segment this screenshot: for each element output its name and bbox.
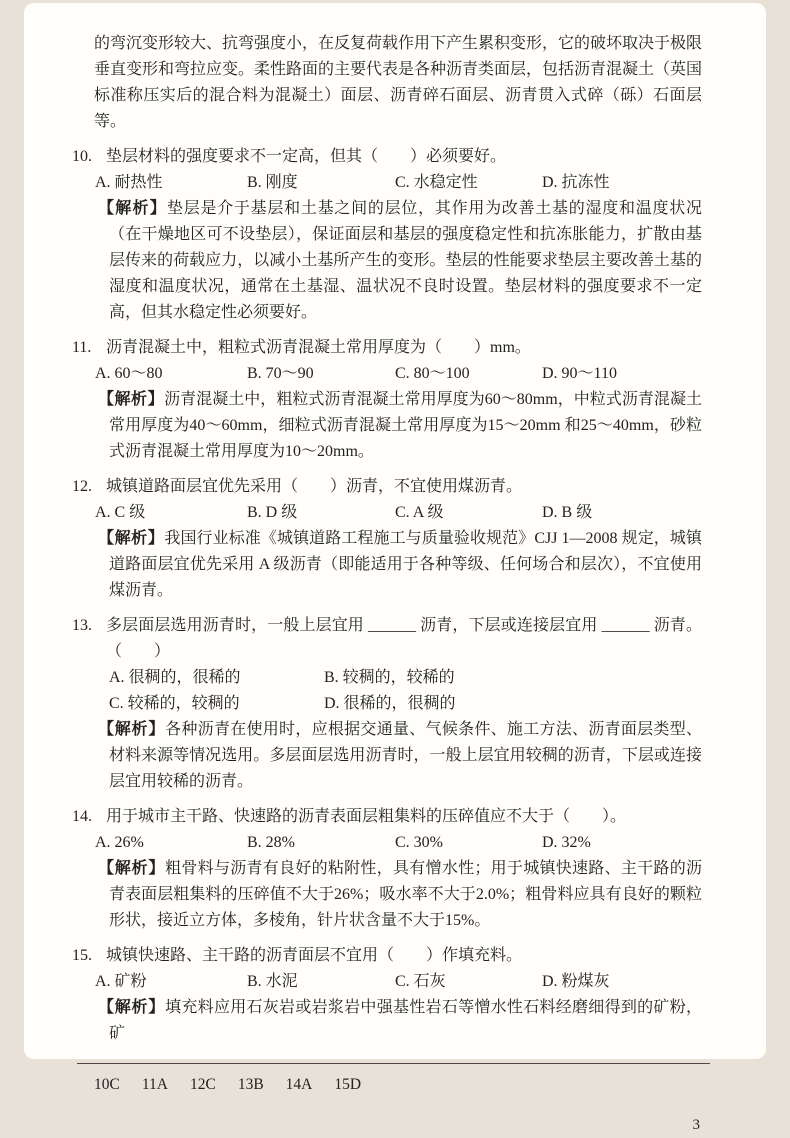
option-a: A. 耐热性	[95, 170, 247, 196]
analysis-text: 粗骨料与沥青有良好的粘附性，具有憎水性；用于城镇快速路、主干路的沥青表面层粗集料…	[109, 860, 702, 929]
analysis-paragraph: 【解析】垫层是介于基层和土基之间的层位，其作用为改善土基的湿度和温度状况（在干燥…	[109, 196, 702, 326]
page-content: 的弯沉变形较大、抗弯强度小，在反复荷载作用下产生累积变形，它的破坏取决于极限垂直…	[94, 31, 702, 1083]
option-b: B. 28%	[247, 830, 395, 856]
analysis-paragraph: 【解析】粗骨料与沥青有良好的粘附性，具有憎水性；用于城镇快速路、主干路的沥青表面…	[109, 856, 702, 934]
answer-item: 13B	[238, 1072, 264, 1083]
footer-divider	[77, 1063, 710, 1064]
answer-item: 10C	[94, 1072, 120, 1083]
options-row: A. 耐热性 B. 刚度 C. 水稳定性 D. 抗冻性	[95, 170, 702, 196]
question-15: 15. 城镇快速路、主干路的沥青面层不宜用（ ）作填充料。 A. 矿粉 B. 水…	[94, 943, 702, 1047]
analysis-label: 【解析】	[98, 721, 165, 738]
analysis-text: 我国行业标准《城镇道路工程施工与质量验收规范》CJJ 1—2008 规定，城镇道…	[109, 530, 702, 599]
option-c: C. 水稳定性	[395, 170, 542, 196]
options-grid: A. 很稠的，很稀的 B. 较稠的，较稀的 C. 较稀的，较稠的 D. 很稀的，…	[109, 665, 702, 717]
intro-paragraph: 的弯沉变形较大、抗弯强度小，在反复荷载作用下产生累积变形，它的破坏取决于极限垂直…	[94, 31, 702, 135]
analysis-paragraph: 【解析】填充料应用石灰岩或岩浆岩中强基性岩石等憎水性石料经磨细得到的矿粉，矿	[109, 995, 702, 1047]
option-b: B. 较稠的，较稀的	[324, 665, 702, 691]
question-text: 城镇道路面层宜优先采用（ ）沥青，不宜使用煤沥青。	[106, 474, 702, 500]
option-c: C. 石灰	[395, 969, 542, 995]
book-page: 的弯沉变形较大、抗弯强度小，在反复荷载作用下产生累积变形，它的破坏取决于极限垂直…	[24, 3, 766, 1059]
options-row: A. 矿粉 B. 水泥 C. 石灰 D. 粉煤灰	[95, 969, 702, 995]
option-c: C. 80～100	[395, 361, 542, 387]
options-row: A. C 级 B. D 级 C. A 级 D. B 级	[95, 500, 702, 526]
option-d: D. 粉煤灰	[542, 969, 702, 995]
option-b: B. 70～90	[247, 361, 395, 387]
option-c: C. 较稀的，较稠的	[109, 691, 324, 717]
question-number: 10.	[72, 144, 106, 170]
question-text: 多层面层选用沥青时，一般上层宜用 ______ 沥青，下层或连接层宜用 ____…	[106, 613, 702, 665]
option-c: C. 30%	[395, 830, 542, 856]
question-number: 13.	[72, 613, 106, 665]
question-number: 14.	[72, 804, 106, 830]
analysis-paragraph: 【解析】沥青混凝土中，粗粒式沥青混凝土常用厚度为60～80mm，中粒式沥青混凝土…	[109, 387, 702, 465]
question-text: 垫层材料的强度要求不一定高，但其（ ）必须要好。	[106, 144, 702, 170]
analysis-paragraph: 【解析】各种沥青在使用时，应根据交通量、气候条件、施工方法、沥青面层类型、材料来…	[109, 717, 702, 795]
question-10: 10. 垫层材料的强度要求不一定高，但其（ ）必须要好。 A. 耐热性 B. 刚…	[94, 144, 702, 326]
answer-item: 11A	[142, 1072, 168, 1083]
options-row: A. 26% B. 28% C. 30% D. 32%	[95, 830, 702, 856]
question-number: 15.	[72, 943, 106, 969]
question-text: 沥青混凝土中，粗粒式沥青混凝土常用厚度为（ ）mm。	[106, 335, 702, 361]
analysis-label: 【解析】	[98, 530, 164, 547]
question-14: 14. 用于城市主干路、快速路的沥青表面层粗集料的压碎值应不大于（ ）。 A. …	[94, 804, 702, 934]
question-text: 城镇快速路、主干路的沥青面层不宜用（ ）作填充料。	[106, 943, 702, 969]
option-d: D. 90～110	[542, 361, 702, 387]
option-a: A. 很稠的，很稀的	[109, 665, 324, 691]
analysis-paragraph: 【解析】我国行业标准《城镇道路工程施工与质量验收规范》CJJ 1—2008 规定…	[109, 526, 702, 604]
analysis-text: 各种沥青在使用时，应根据交通量、气候条件、施工方法、沥青面层类型、材料来源等情况…	[109, 721, 702, 790]
analysis-label: 【解析】	[98, 999, 165, 1016]
analysis-label: 【解析】	[98, 391, 164, 408]
answer-item: 15D	[334, 1072, 361, 1083]
question-13: 13. 多层面层选用沥青时，一般上层宜用 ______ 沥青，下层或连接层宜用 …	[94, 613, 702, 795]
analysis-label: 【解析】	[98, 860, 165, 877]
option-a: A. 矿粉	[95, 969, 247, 995]
option-c: C. A 级	[395, 500, 542, 526]
analysis-text: 垫层是介于基层和土基之间的层位，其作用为改善土基的湿度和温度状况（在干燥地区可不…	[109, 200, 702, 321]
options-row: A. 60～80 B. 70～90 C. 80～100 D. 90～110	[95, 361, 702, 387]
question-text: 用于城市主干路、快速路的沥青表面层粗集料的压碎值应不大于（ ）。	[106, 804, 702, 830]
option-d: D. 抗冻性	[542, 170, 702, 196]
question-12: 12. 城镇道路面层宜优先采用（ ）沥青，不宜使用煤沥青。 A. C 级 B. …	[94, 474, 702, 604]
question-number: 11.	[72, 335, 106, 361]
question-number: 12.	[72, 474, 106, 500]
answer-item: 14A	[286, 1072, 313, 1083]
analysis-label: 【解析】	[98, 200, 167, 217]
option-a: A. 60～80	[95, 361, 247, 387]
option-b: B. D 级	[247, 500, 395, 526]
option-a: A. 26%	[95, 830, 247, 856]
option-b: B. 水泥	[247, 969, 395, 995]
option-d: D. 32%	[542, 830, 702, 856]
answer-key: 10C 11A 12C 13B 14A 15D	[94, 1072, 702, 1083]
option-a: A. C 级	[95, 500, 247, 526]
answer-item: 12C	[190, 1072, 216, 1083]
analysis-text: 填充料应用石灰岩或岩浆岩中强基性岩石等憎水性石料经磨细得到的矿粉，矿	[109, 999, 702, 1042]
analysis-text: 沥青混凝土中，粗粒式沥青混凝土常用厚度为60～80mm，中粒式沥青混凝土常用厚度…	[109, 391, 702, 460]
option-b: B. 刚度	[247, 170, 395, 196]
option-d: D. B 级	[542, 500, 702, 526]
option-d: D. 很稀的，很稠的	[324, 691, 702, 717]
question-11: 11. 沥青混凝土中，粗粒式沥青混凝土常用厚度为（ ）mm。 A. 60～80 …	[94, 335, 702, 465]
